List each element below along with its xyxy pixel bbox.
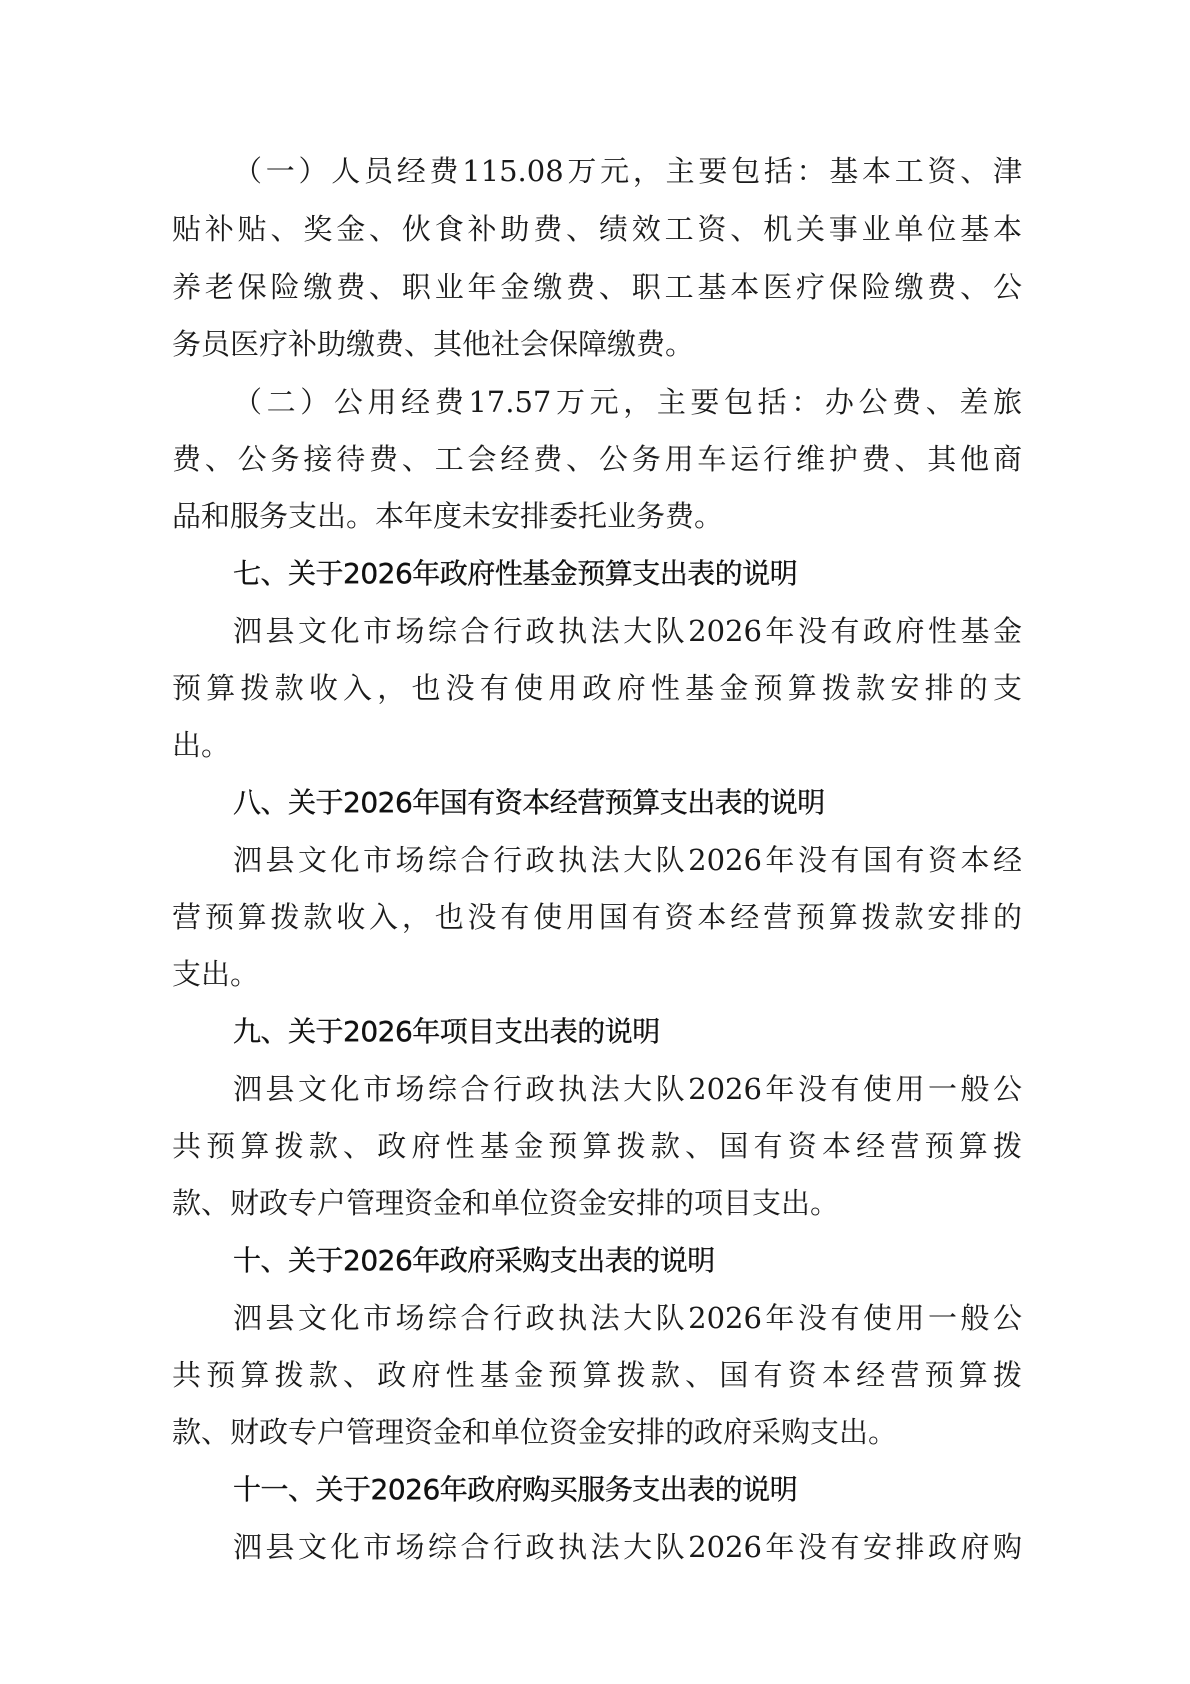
paragraph-line: 品和服务支出。本年度未安排委托业务费。	[172, 493, 1022, 539]
paragraph-line: 费、公务接待费、工会经费、公务用车运行维护费、其他商	[172, 436, 1022, 482]
paragraph-line: 养老保险缴费、职业年金缴费、职工基本医疗保险缴费、公	[172, 264, 1022, 310]
section-heading-7: 七、关于2026年政府性基金预算支出表的说明	[233, 551, 797, 597]
paragraph-line: 出。	[172, 722, 1022, 768]
paragraph-line: 款、财政专户管理资金和单位资金安排的项目支出。	[172, 1180, 1022, 1226]
section-heading-8: 八、关于2026年国有资本经营预算支出表的说明	[233, 780, 825, 826]
paragraph-line: 共预算拨款、政府性基金预算拨款、国有资本经营预算拨	[172, 1123, 1022, 1169]
paragraph-line: 泗县文化市场综合行政执法大队2026年没有政府性基金	[233, 608, 1022, 654]
paragraph-line: 泗县文化市场综合行政执法大队2026年没有使用一般公	[233, 1295, 1022, 1341]
paragraph-line: （二）公用经费17.57万元，主要包括：办公费、差旅	[233, 379, 1022, 425]
paragraph-line: 泗县文化市场综合行政执法大队2026年没有使用一般公	[233, 1066, 1022, 1112]
paragraph-line: 款、财政专户管理资金和单位资金安排的政府采购支出。	[172, 1409, 1022, 1455]
paragraph-line: 共预算拨款、政府性基金预算拨款、国有资本经营预算拨	[172, 1352, 1022, 1398]
paragraph-line: 泗县文化市场综合行政执法大队2026年没有国有资本经	[233, 837, 1022, 883]
section-heading-9: 九、关于2026年项目支出表的说明	[233, 1009, 660, 1055]
paragraph-line: 营预算拨款收入，也没有使用国有资本经营预算拨款安排的	[172, 894, 1022, 940]
paragraph-line: 务员医疗补助缴费、其他社会保障缴费。	[172, 321, 1022, 367]
paragraph-line: 预算拨款收入，也没有使用政府性基金预算拨款安排的支	[172, 665, 1022, 711]
paragraph-line: 泗县文化市场综合行政执法大队2026年没有安排政府购	[233, 1524, 1022, 1570]
document-page: （一）人员经费115.08万元，主要包括：基本工资、津 贴补贴、奖金、伙食补助费…	[0, 0, 1190, 1684]
paragraph-line: 支出。	[172, 951, 1022, 997]
section-heading-10: 十、关于2026年政府采购支出表的说明	[233, 1238, 715, 1284]
section-heading-11: 十一、关于2026年政府购买服务支出表的说明	[233, 1467, 797, 1513]
paragraph-line: 贴补贴、奖金、伙食补助费、绩效工资、机关事业单位基本	[172, 206, 1022, 252]
paragraph-line: （一）人员经费115.08万元，主要包括：基本工资、津	[233, 148, 1022, 194]
